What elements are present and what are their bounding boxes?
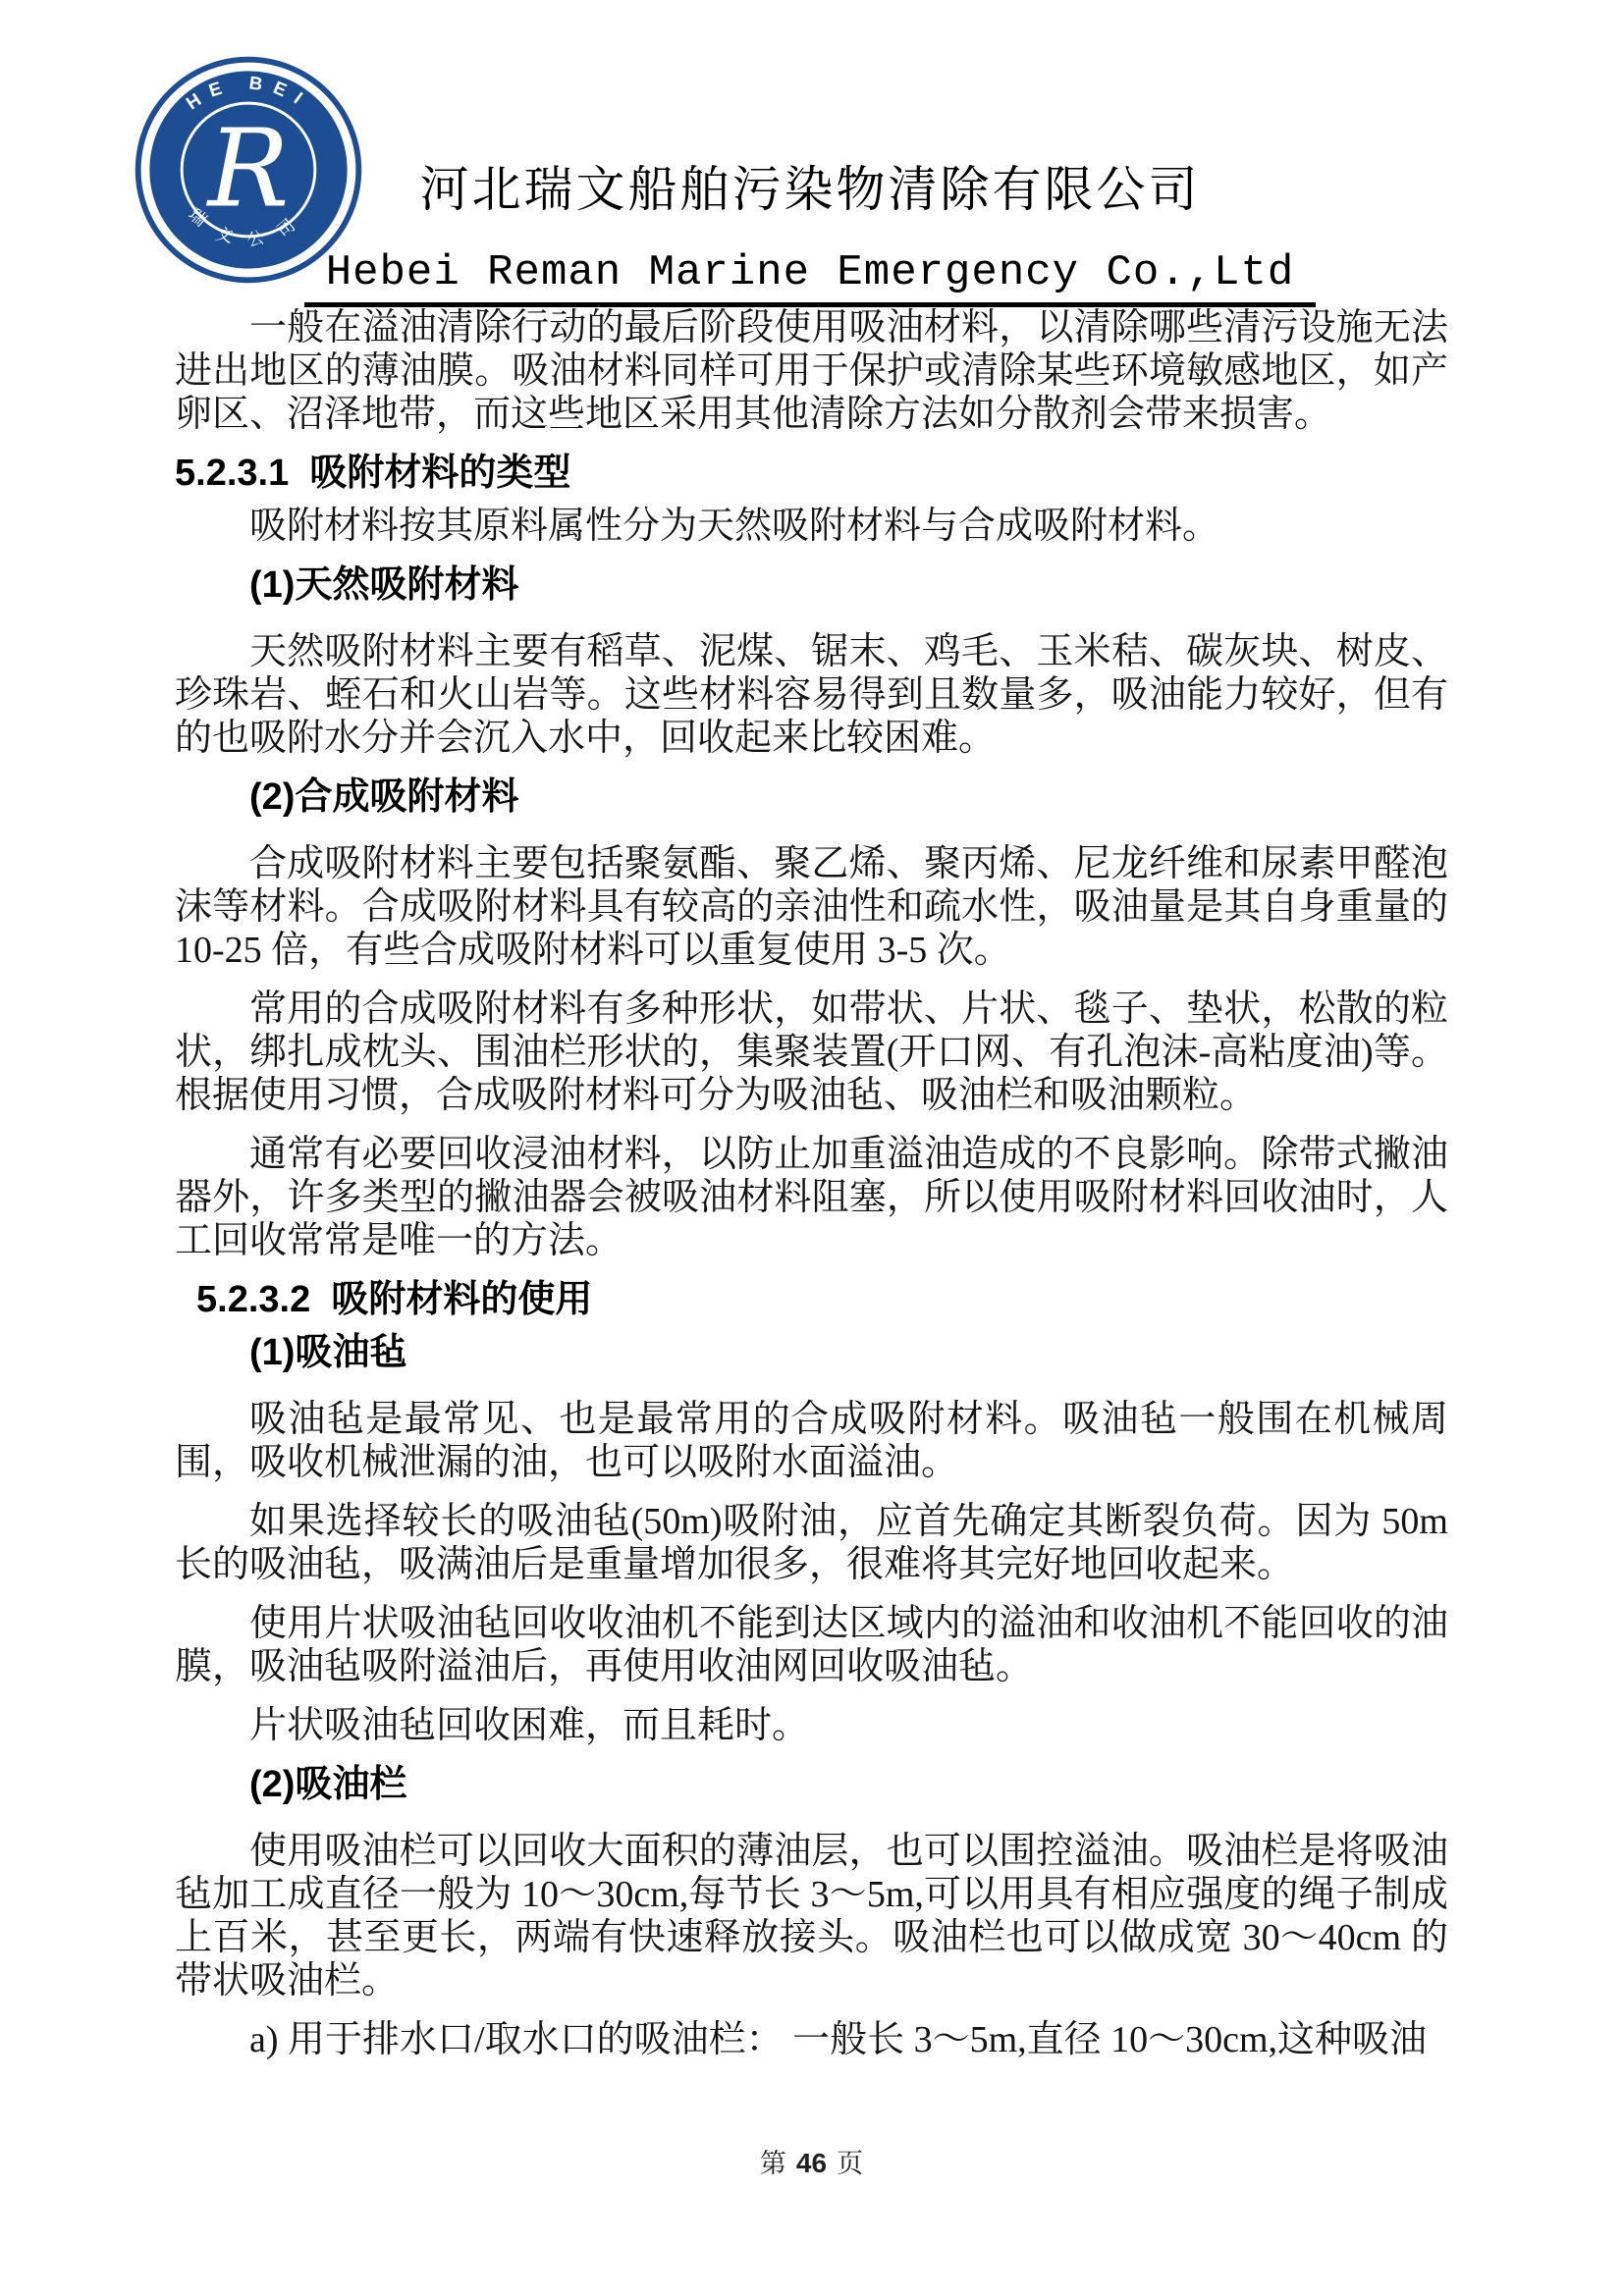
section-heading-5-2-3-2: 5.2.3.2 吸附材料的使用 [196, 1278, 1448, 1321]
subheading-oil-sorbent-felt: (1)吸油毡 [249, 1331, 1448, 1374]
paragraph-sorbent-shapes: 常用的合成吸附材料有多种形状，如带状、片状、毯子、垫状，松散的粒状，绑扎成枕头、… [175, 988, 1448, 1117]
paragraph-felt-usage: 吸油毡是最常见、也是最常用的合成吸附材料。吸油毡一般围在机械周围，吸收机械泄漏的… [175, 1398, 1448, 1484]
page-number-prefix: 第 [760, 2149, 786, 2178]
paragraph-felt-difficulty: 片状吸油毡回收困难，而且耗时。 [175, 1704, 1448, 1747]
paragraph-boom-list-a: a) 用于排水口/取水口的吸油栏： 一般长 3～5m,直径 10～30cm,这种… [175, 2018, 1448, 2061]
paragraph-recovery: 通常有必要回收浸油材料，以防止加重溢油造成的不良影响。除带式撇油器外，许多类型的… [175, 1133, 1448, 1262]
paragraph-synthetic-sorbent: 合成吸附材料主要包括聚氨酯、聚乙烯、聚丙烯、尼龙纤维和尿素甲醛泡沫等材料。合成吸… [175, 842, 1448, 972]
header-titles: 河北瑞文船舶污染物清除有限公司 Hebei Reman Marine Emerg… [295, 157, 1325, 307]
page-footer: 第46页 [0, 2142, 1623, 2180]
paragraph-felt-sheet: 使用片状吸油毡回收收油机不能到达区域内的溢油和收油机不能回收的油膜，吸油毡吸附溢… [175, 1602, 1448, 1688]
document-page: HE BEI R 瑞文公司 河北瑞文船舶污染物清除有限公司 Hebei Rema… [0, 0, 1623, 2296]
page-number-suffix: 页 [837, 2149, 863, 2178]
company-name-en: Hebei Reman Marine Emergency Co.,Ltd [304, 247, 1317, 307]
paragraph-felt-length: 如果选择较长的吸油毡(50m)吸附油，应首先确定其断裂负荷。因为 50m 长的吸… [175, 1500, 1448, 1586]
logo-monogram: R [206, 105, 290, 231]
paragraph-classification: 吸附材料按其原料属性分为天然吸附材料与合成吸附材料。 [175, 505, 1448, 548]
section-heading-5-2-3-1: 5.2.3.1 吸附材料的类型 [175, 452, 1448, 495]
paragraph-intro: 一般在溢油清除行动的最后阶段使用吸油材料，以清除哪些清污设施无法进出地区的薄油膜… [175, 306, 1448, 436]
document-body: 一般在溢油清除行动的最后阶段使用吸油材料，以清除哪些清污设施无法进出地区的薄油膜… [0, 302, 1623, 2061]
page-number: 46 [796, 2148, 827, 2178]
page-header: HE BEI R 瑞文公司 河北瑞文船舶污染物清除有限公司 Hebei Rema… [0, 0, 1623, 302]
paragraph-boom-usage: 使用吸油栏可以回收大面积的薄油层，也可以围控溢油。吸油栏是将吸油毡加工成直径一般… [175, 1830, 1448, 2002]
subheading-synthetic-sorbent: (2)合成吸附材料 [249, 775, 1448, 819]
subheading-oil-sorbent-boom: (2)吸油栏 [249, 1763, 1448, 1806]
paragraph-natural-sorbent: 天然吸附材料主要有稻草、泥煤、锯末、鸡毛、玉米秸、碳灰块、树皮、珍珠岩、蛭石和火… [175, 630, 1448, 760]
subheading-natural-sorbent: (1)天然吸附材料 [249, 563, 1448, 607]
company-name-zh: 河北瑞文船舶污染物清除有限公司 [295, 157, 1325, 222]
